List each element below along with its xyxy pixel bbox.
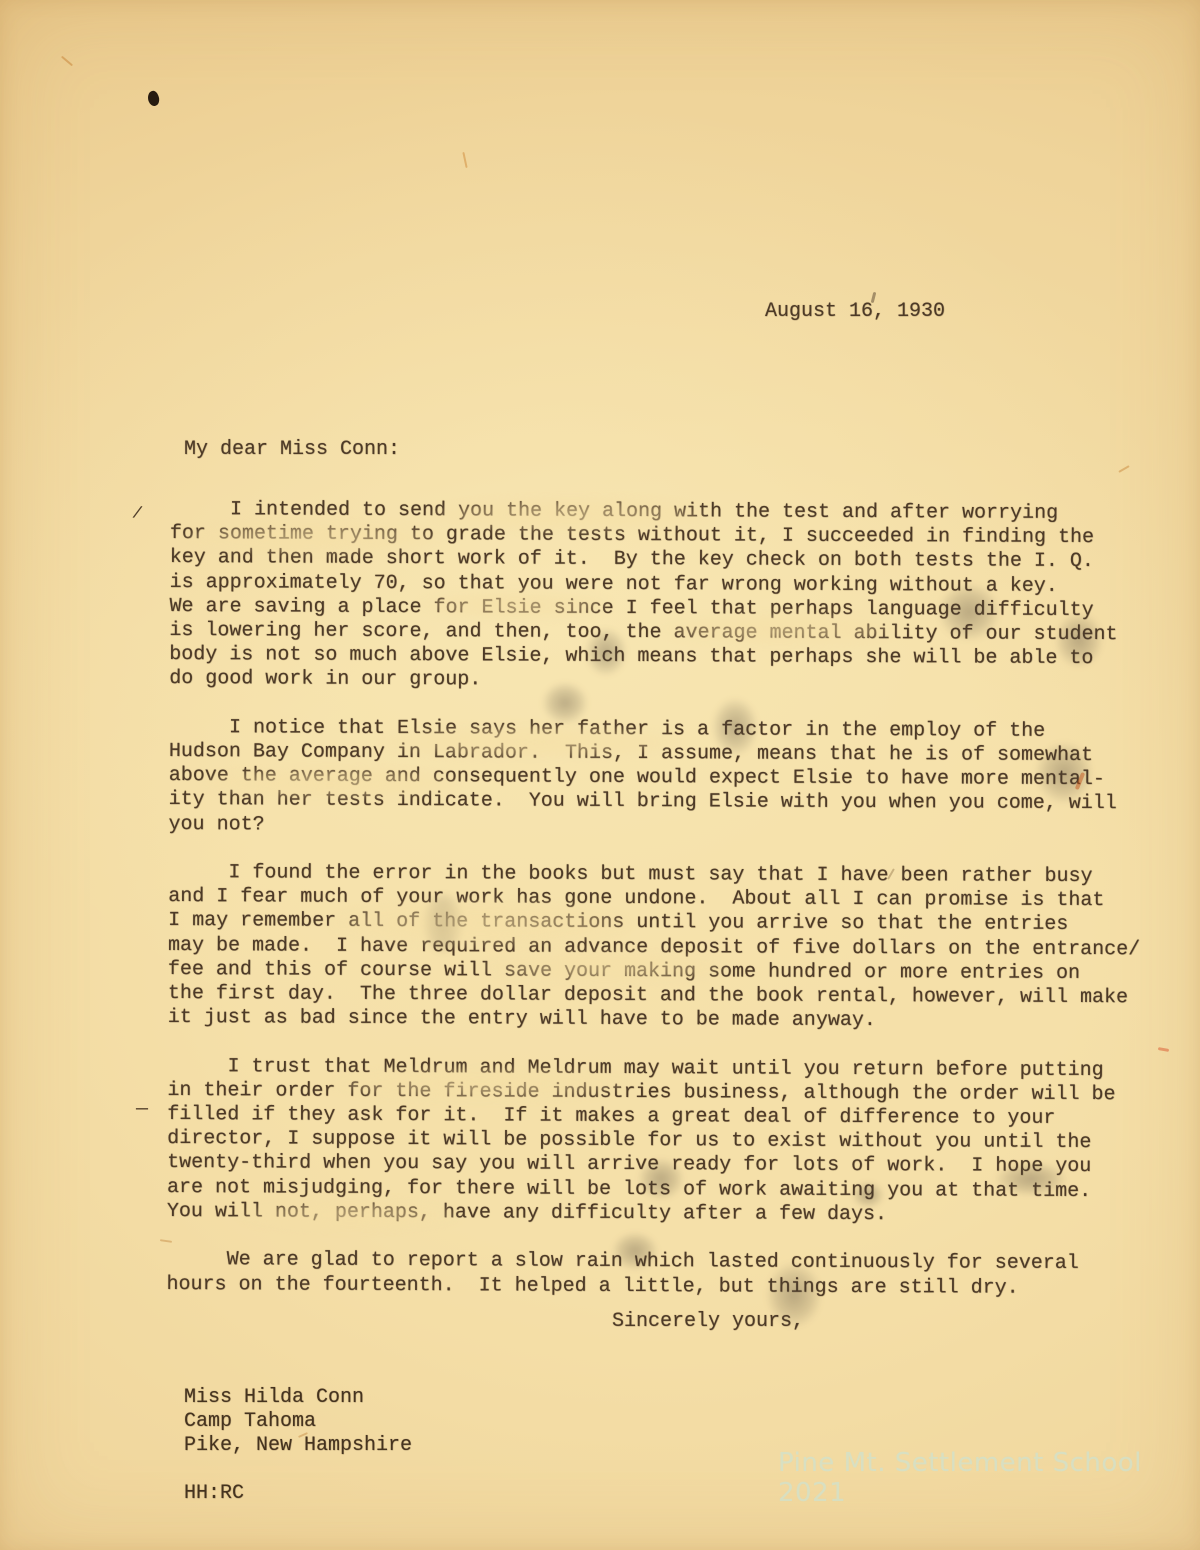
faded-ink-patch bbox=[420, 590, 610, 620]
faded-ink-patch bbox=[430, 498, 710, 532]
ink-smudge bbox=[712, 698, 758, 756]
ink-smudge bbox=[1055, 612, 1103, 668]
paper-fiber bbox=[1118, 465, 1129, 473]
margin-slash-mark: / bbox=[131, 504, 144, 524]
paper-fiber bbox=[61, 56, 73, 67]
letter-date: August 16, 1930 bbox=[765, 300, 945, 324]
paper-fiber bbox=[1158, 1047, 1169, 1052]
ink-smudge bbox=[585, 628, 627, 676]
ink-smudge bbox=[766, 1262, 822, 1328]
ink-smudge bbox=[852, 1182, 884, 1208]
paper-fiber bbox=[462, 152, 467, 168]
typist-initials: HH:RC bbox=[184, 1482, 244, 1506]
faded-ink-patch bbox=[240, 1200, 460, 1230]
ink-smudge bbox=[638, 1158, 684, 1200]
margin-dash-mark: — bbox=[136, 1098, 148, 1121]
scanned-letter-page: August 16, 1930 My dear Miss Conn: I int… bbox=[0, 0, 1200, 1550]
faded-ink-patch bbox=[660, 614, 900, 644]
faded-ink-patch bbox=[180, 522, 440, 554]
faded-ink-patch bbox=[480, 952, 730, 982]
faded-ink-patch bbox=[200, 768, 460, 798]
faded-ink-patch bbox=[380, 726, 680, 758]
recipient-address-block: Miss Hilda Conn Camp Tahoma Pike, New Ha… bbox=[184, 1386, 412, 1459]
ink-smudge bbox=[612, 1232, 658, 1270]
ink-smudge bbox=[938, 583, 1000, 641]
faded-ink-patch bbox=[330, 900, 630, 946]
ink-speck bbox=[146, 90, 161, 108]
letter-salutation: My dear Miss Conn: bbox=[184, 438, 400, 462]
ink-smudge bbox=[542, 682, 588, 724]
ink-smudge bbox=[995, 1162, 1067, 1196]
faded-ink-patch bbox=[330, 1068, 630, 1100]
archive-watermark: Pine Mt. Settlement School 2021 bbox=[778, 1448, 1200, 1508]
